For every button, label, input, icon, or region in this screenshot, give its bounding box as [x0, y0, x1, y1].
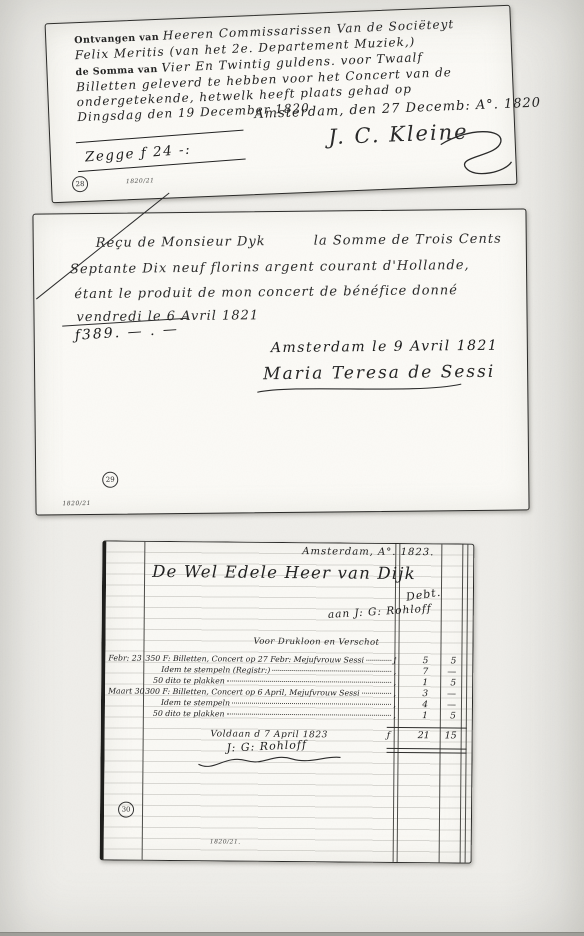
stuivers-amount: 5 [440, 711, 462, 721]
guilders-amount: 1 [396, 711, 440, 721]
dotted-leader [232, 703, 391, 705]
row-desc-cell: Idem te stempeln, [143, 698, 396, 709]
dotted-leader [227, 713, 392, 715]
stuivers-amount: 5 [440, 678, 462, 688]
stuivers-amount: 5 [440, 656, 462, 666]
row-desc-cell: 50 dito te plakken, [143, 709, 396, 720]
receipt-felix-meritis-1820: Ontvangen van Heeren Commissarissen Van … [45, 5, 518, 204]
row-date: Febr: 23 [105, 653, 143, 662]
row-description: 50 dito te plakken [145, 709, 225, 719]
signature-flourish-icon [194, 746, 344, 773]
signature-flourish-icon [438, 124, 516, 181]
archive-reference: 1820/21. [210, 838, 241, 845]
dotted-leader [366, 660, 391, 661]
dotted-leader [362, 693, 392, 694]
signature-underline-icon [255, 380, 465, 396]
creditor: aan J: G: Rohloff [328, 603, 433, 621]
amount-in-words-box: Zegge ƒ 24 -: [76, 130, 246, 173]
guilders-amount: 1 [396, 678, 440, 688]
dateline: Amsterdam le 9 Avril 1821 [271, 338, 499, 356]
addressee: De Wel Edele Heer van Dijk [152, 562, 416, 583]
row-desc-cell: 50 dito te plakken, [143, 676, 396, 687]
handwritten-text: Reçu de Monsieur Dyk [96, 234, 266, 251]
row-description: Idem te stempeln [145, 698, 230, 708]
dotted-leader [272, 670, 391, 672]
receipt-line: Reçu de Monsieur Dyk la Somme de Trois C… [96, 232, 502, 251]
handwritten-text: la Somme de Trois Cents [314, 232, 502, 249]
invoice-subtitle: Voor Drukloon en Verschot [253, 637, 379, 648]
row-description: 300 F: Billetten, Concert op 6 April, Me… [145, 687, 360, 698]
row-date: Maart 30 [105, 686, 143, 695]
archive-scan-page: Ontvangen van Heeren Commissarissen Van … [0, 0, 584, 936]
row-description: 50 dito te plakken [145, 676, 225, 686]
stuivers-amount: — [440, 700, 462, 710]
debit-label: Debt. [405, 586, 442, 604]
row-description: 350 F: Billetten, Concert op 27 Febr: Me… [145, 654, 364, 665]
guilders-amount: 3 [396, 689, 440, 699]
row-description: Idem te stempeln (Registr:) [145, 665, 270, 675]
handwritten-text: Septante Dix neuf florins argent courant… [70, 258, 470, 277]
scan-bottom-edge [0, 932, 584, 936]
printed-form-text: de Somma van [75, 64, 158, 78]
guilders-amount: 4 [396, 700, 440, 710]
archival-number-badge: 29 [102, 472, 118, 488]
printed-form-text: Ontvangen van [74, 32, 159, 46]
place-date: Amsterdam, A°. 1823. [302, 546, 434, 558]
amount-in-words: Zegge ƒ 24 -: [84, 142, 191, 166]
total-guilders: 21 [396, 730, 440, 741]
row-desc-cell: 350 F: Billetten, Concert op 27 Febr: Me… [143, 654, 396, 665]
florin-sign: ƒ [387, 731, 390, 741]
dotted-leader [227, 680, 392, 682]
guilders-amount: 7 [396, 667, 440, 677]
total-stuivers: 15 [440, 730, 462, 741]
row-desc-cell: 300 F: Billetten, Concert op 6 April, Me… [143, 687, 396, 698]
invoice-row: 50 dito te plakken, 1 5 [105, 708, 472, 722]
stuivers-amount: — [440, 667, 462, 677]
archive-reference: 1820/21 [62, 500, 91, 507]
receipt-sessi-1821: Reçu de Monsieur Dyk la Somme de Trois C… [32, 208, 529, 515]
archival-number-badge: 30 [118, 802, 134, 818]
invoice-rohloff-1823: Amsterdam, A°. 1823. De Wel Edele Heer v… [100, 540, 475, 863]
archive-reference: 1820/21 [126, 177, 155, 185]
handwritten-text: étant le produit de mon concert de bénéf… [74, 283, 458, 302]
row-desc-cell: Idem te stempeln (Registr:), [143, 665, 396, 676]
guilders-amount: 5 [396, 656, 440, 666]
archival-number-badge: 28 [72, 176, 89, 193]
stuivers-amount: — [440, 689, 462, 699]
